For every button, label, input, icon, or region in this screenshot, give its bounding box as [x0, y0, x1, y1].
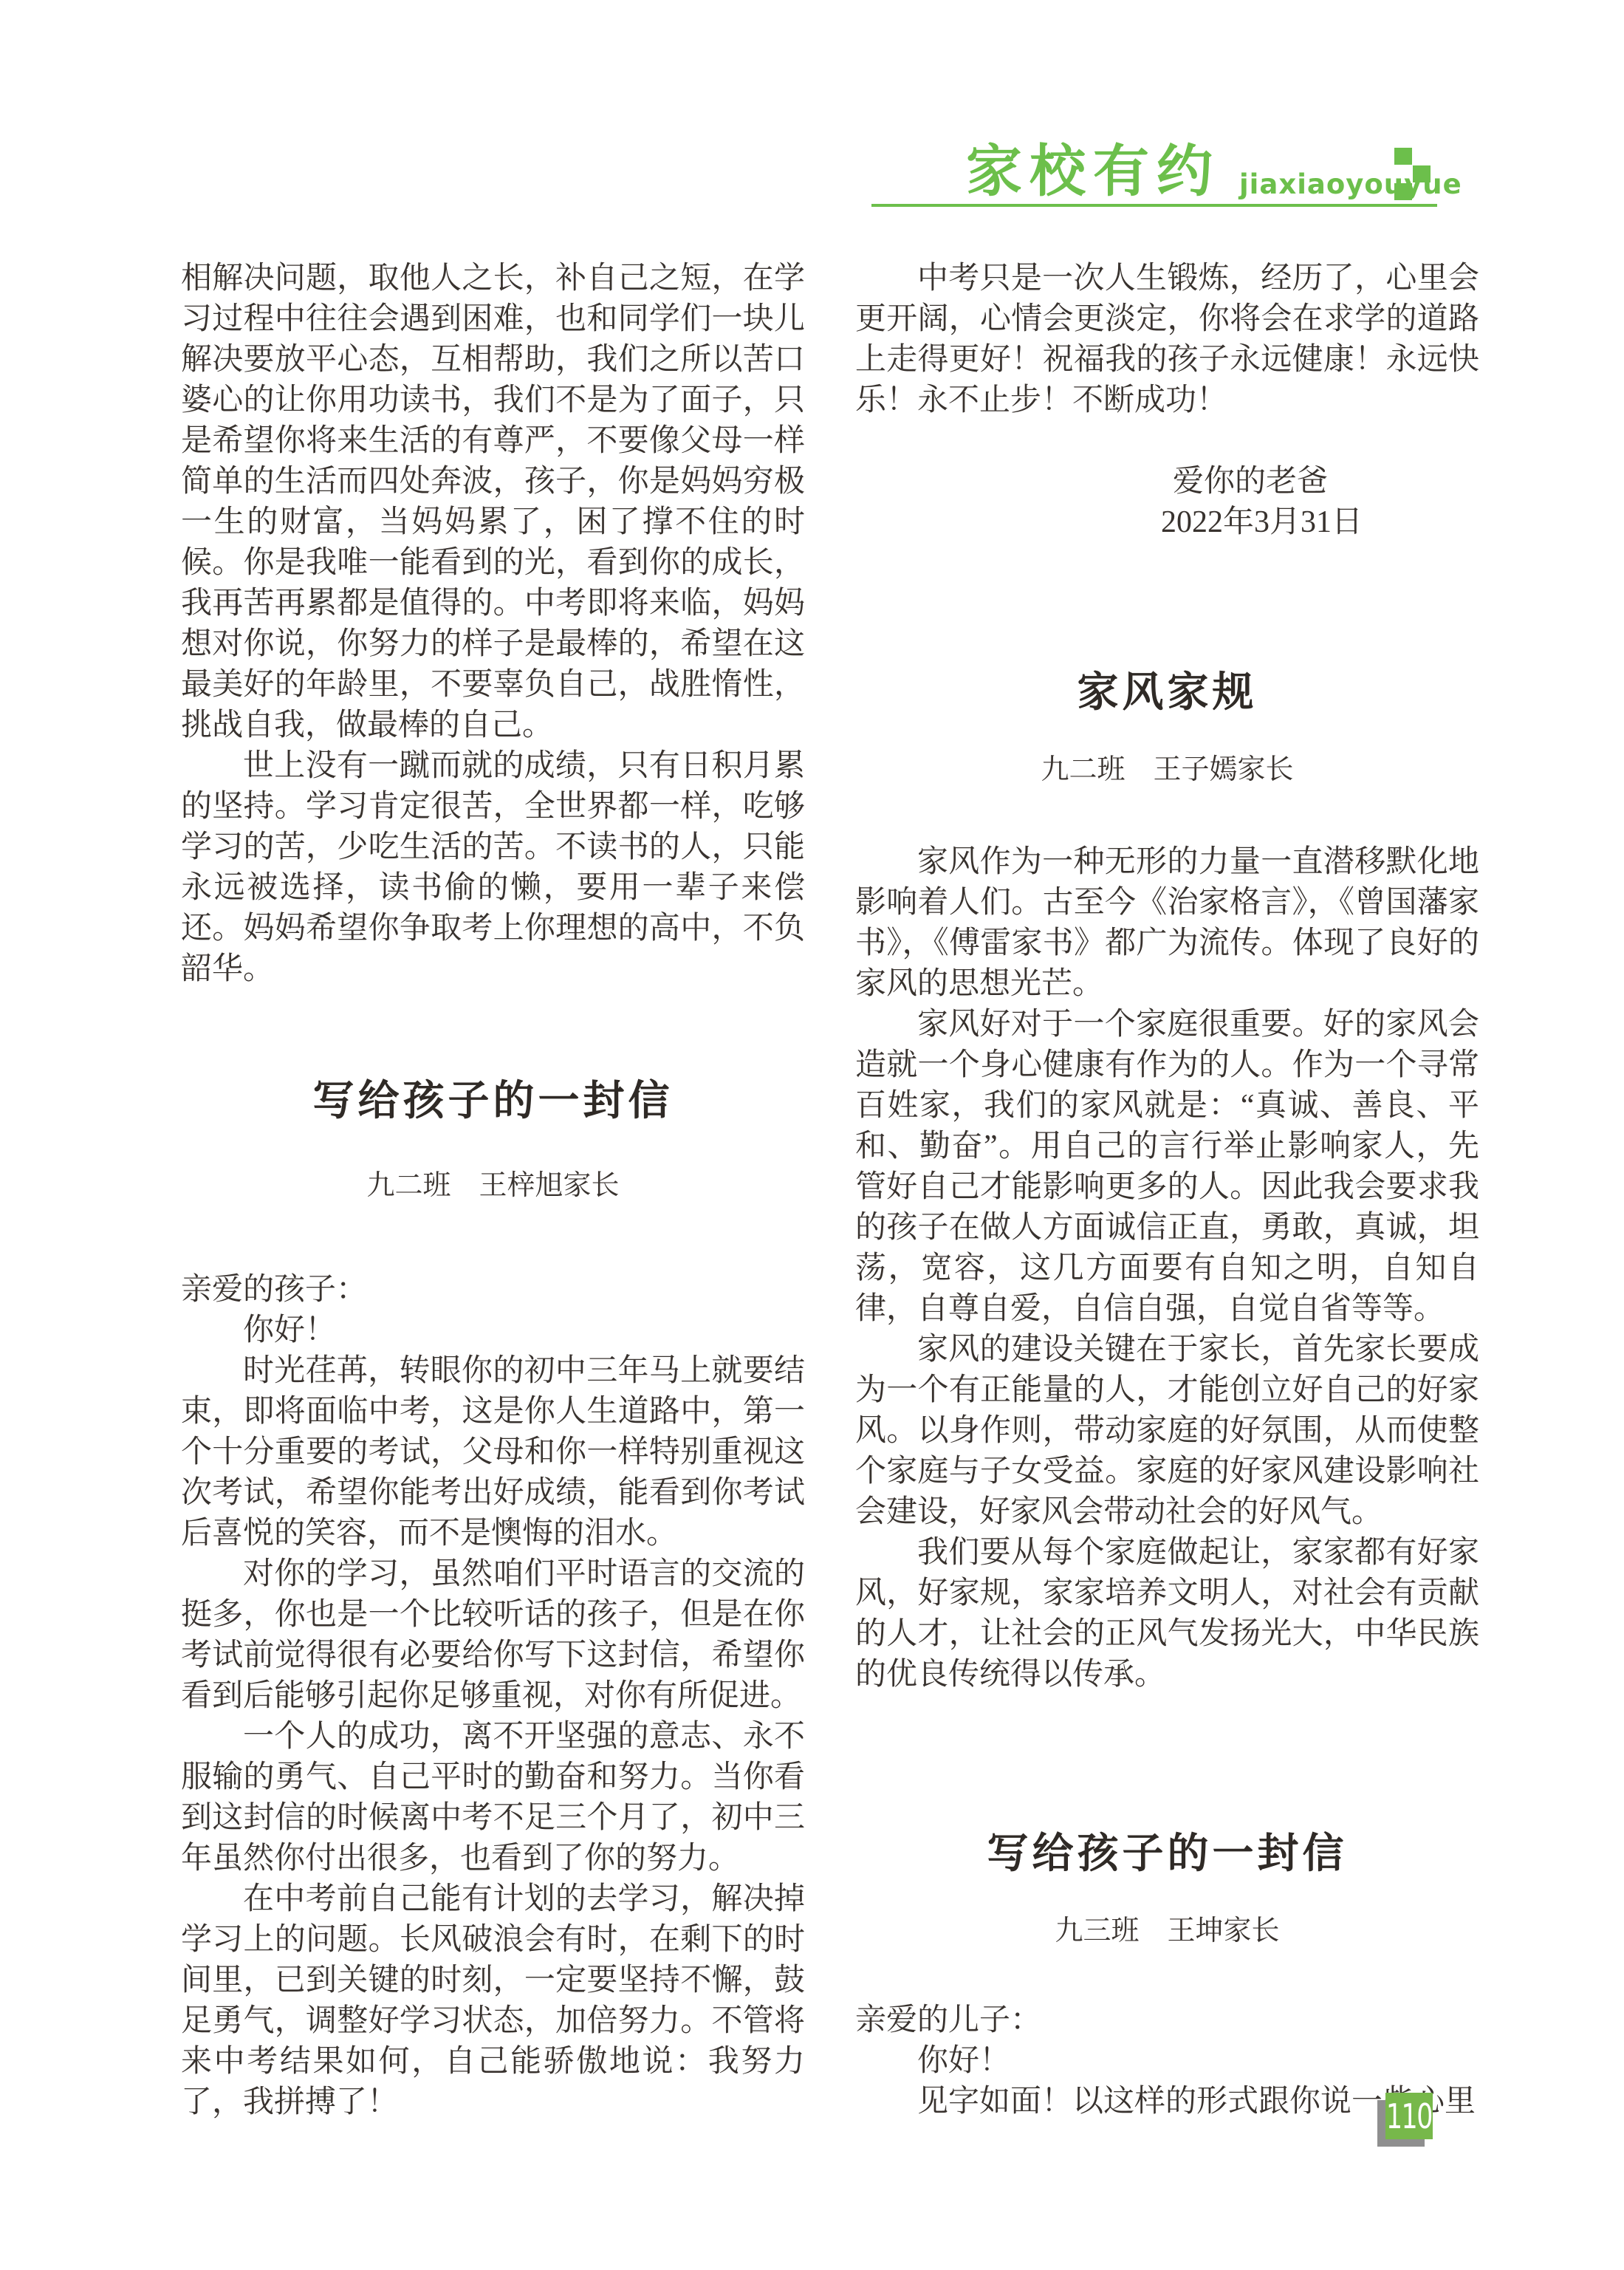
article-byline: 九三班 王坤家长 — [855, 1911, 1479, 1952]
signature-date: 2022年3月31日 — [855, 502, 1479, 543]
paragraph: 世上没有一蹴而就的成绩，只有日积月累的坚持。学习肯定很苦，全世界都一样，吃够学习… — [181, 746, 805, 990]
article-title: 写给孩子的一封信 — [855, 1828, 1479, 1880]
right-column: 中考只是一次人生锻炼，经历了，心里会更开阔，心情会更淡定，你将会在求学的道路上走… — [855, 259, 1479, 2122]
paragraph: 对你的学习，虽然咱们平时语言的交流的挺多，你也是一个比较听话的孩子，但是在你考试… — [181, 1554, 805, 1717]
header-rule — [871, 204, 1437, 207]
article-title: 写给孩子的一封信 — [181, 1076, 805, 1127]
paragraph: 家风好对于一个家庭很重要。好的家风会造就一个身心健康有作为的人。作为一个寻常百姓… — [855, 1005, 1479, 1330]
paragraph: 中考只是一次人生锻炼，经历了，心里会更开阔，心情会更淡定，你将会在求学的道路上走… — [855, 259, 1479, 421]
paragraph: 一个人的成功，离不开坚强的意志、永不服输的勇气、自己平时的勤奋和努力。当你看到这… — [181, 1717, 805, 1879]
pixel-square — [1394, 183, 1412, 200]
paragraph: 你好！ — [855, 2041, 1479, 2082]
pixel-blocks-icon — [1394, 148, 1433, 201]
article-byline: 九二班 王梓旭家长 — [181, 1166, 805, 1206]
page-number: 110 — [1386, 2096, 1432, 2136]
article-byline: 九二班 王子嫣家长 — [855, 750, 1479, 790]
paragraph: 家风的建设关键在于家长，首先家长要成为一个有正能量的人，才能创立好自己的好家风。… — [855, 1330, 1479, 1533]
paragraph: 在中考前自己能有计划的去学习，解决掉学习上的问题。长风破浪会有时，在剩下的时间里… — [181, 1879, 805, 2123]
pixel-square — [1413, 165, 1431, 182]
left-column: 相解决问题，取他人之长，补自己之短，在学习过程中往往会遇到困难，也和同学们一块儿… — [181, 259, 805, 2123]
pixel-square — [1394, 148, 1412, 165]
article-title: 家风家规 — [855, 667, 1479, 719]
signature-name: 爱你的老爸 — [855, 462, 1479, 502]
magazine-page: 家校有约 jiaxiaoyouyue 相解决问题，取他人之长，补自己之短，在学习… — [0, 0, 1624, 2270]
paragraph: 你好！ — [181, 1310, 805, 1351]
letter-greeting: 亲爱的孩子： — [181, 1270, 805, 1310]
letter-greeting: 亲爱的儿子： — [855, 2000, 1479, 2041]
paragraph: 家风作为一种无形的力量一直潜移默化地影响着人们。古至今《治家格言》，《曾国藩家书… — [855, 842, 1479, 1005]
paragraph: 我们要从每个家庭做起让，家家都有好家风，好家规，家家培养文明人，对社会有贡献的人… — [855, 1533, 1479, 1695]
paragraph: 时光荏苒，转眼你的初中三年马上就要结束，即将面临中考，这是你人生道路中，第一个十… — [181, 1351, 805, 1554]
paragraph: 相解决问题，取他人之长，补自己之短，在学习过程中往往会遇到困难，也和同学们一块儿… — [181, 259, 805, 746]
page-number-badge: 110 — [1385, 2093, 1433, 2139]
section-header-title: 家校有约 — [966, 140, 1220, 202]
